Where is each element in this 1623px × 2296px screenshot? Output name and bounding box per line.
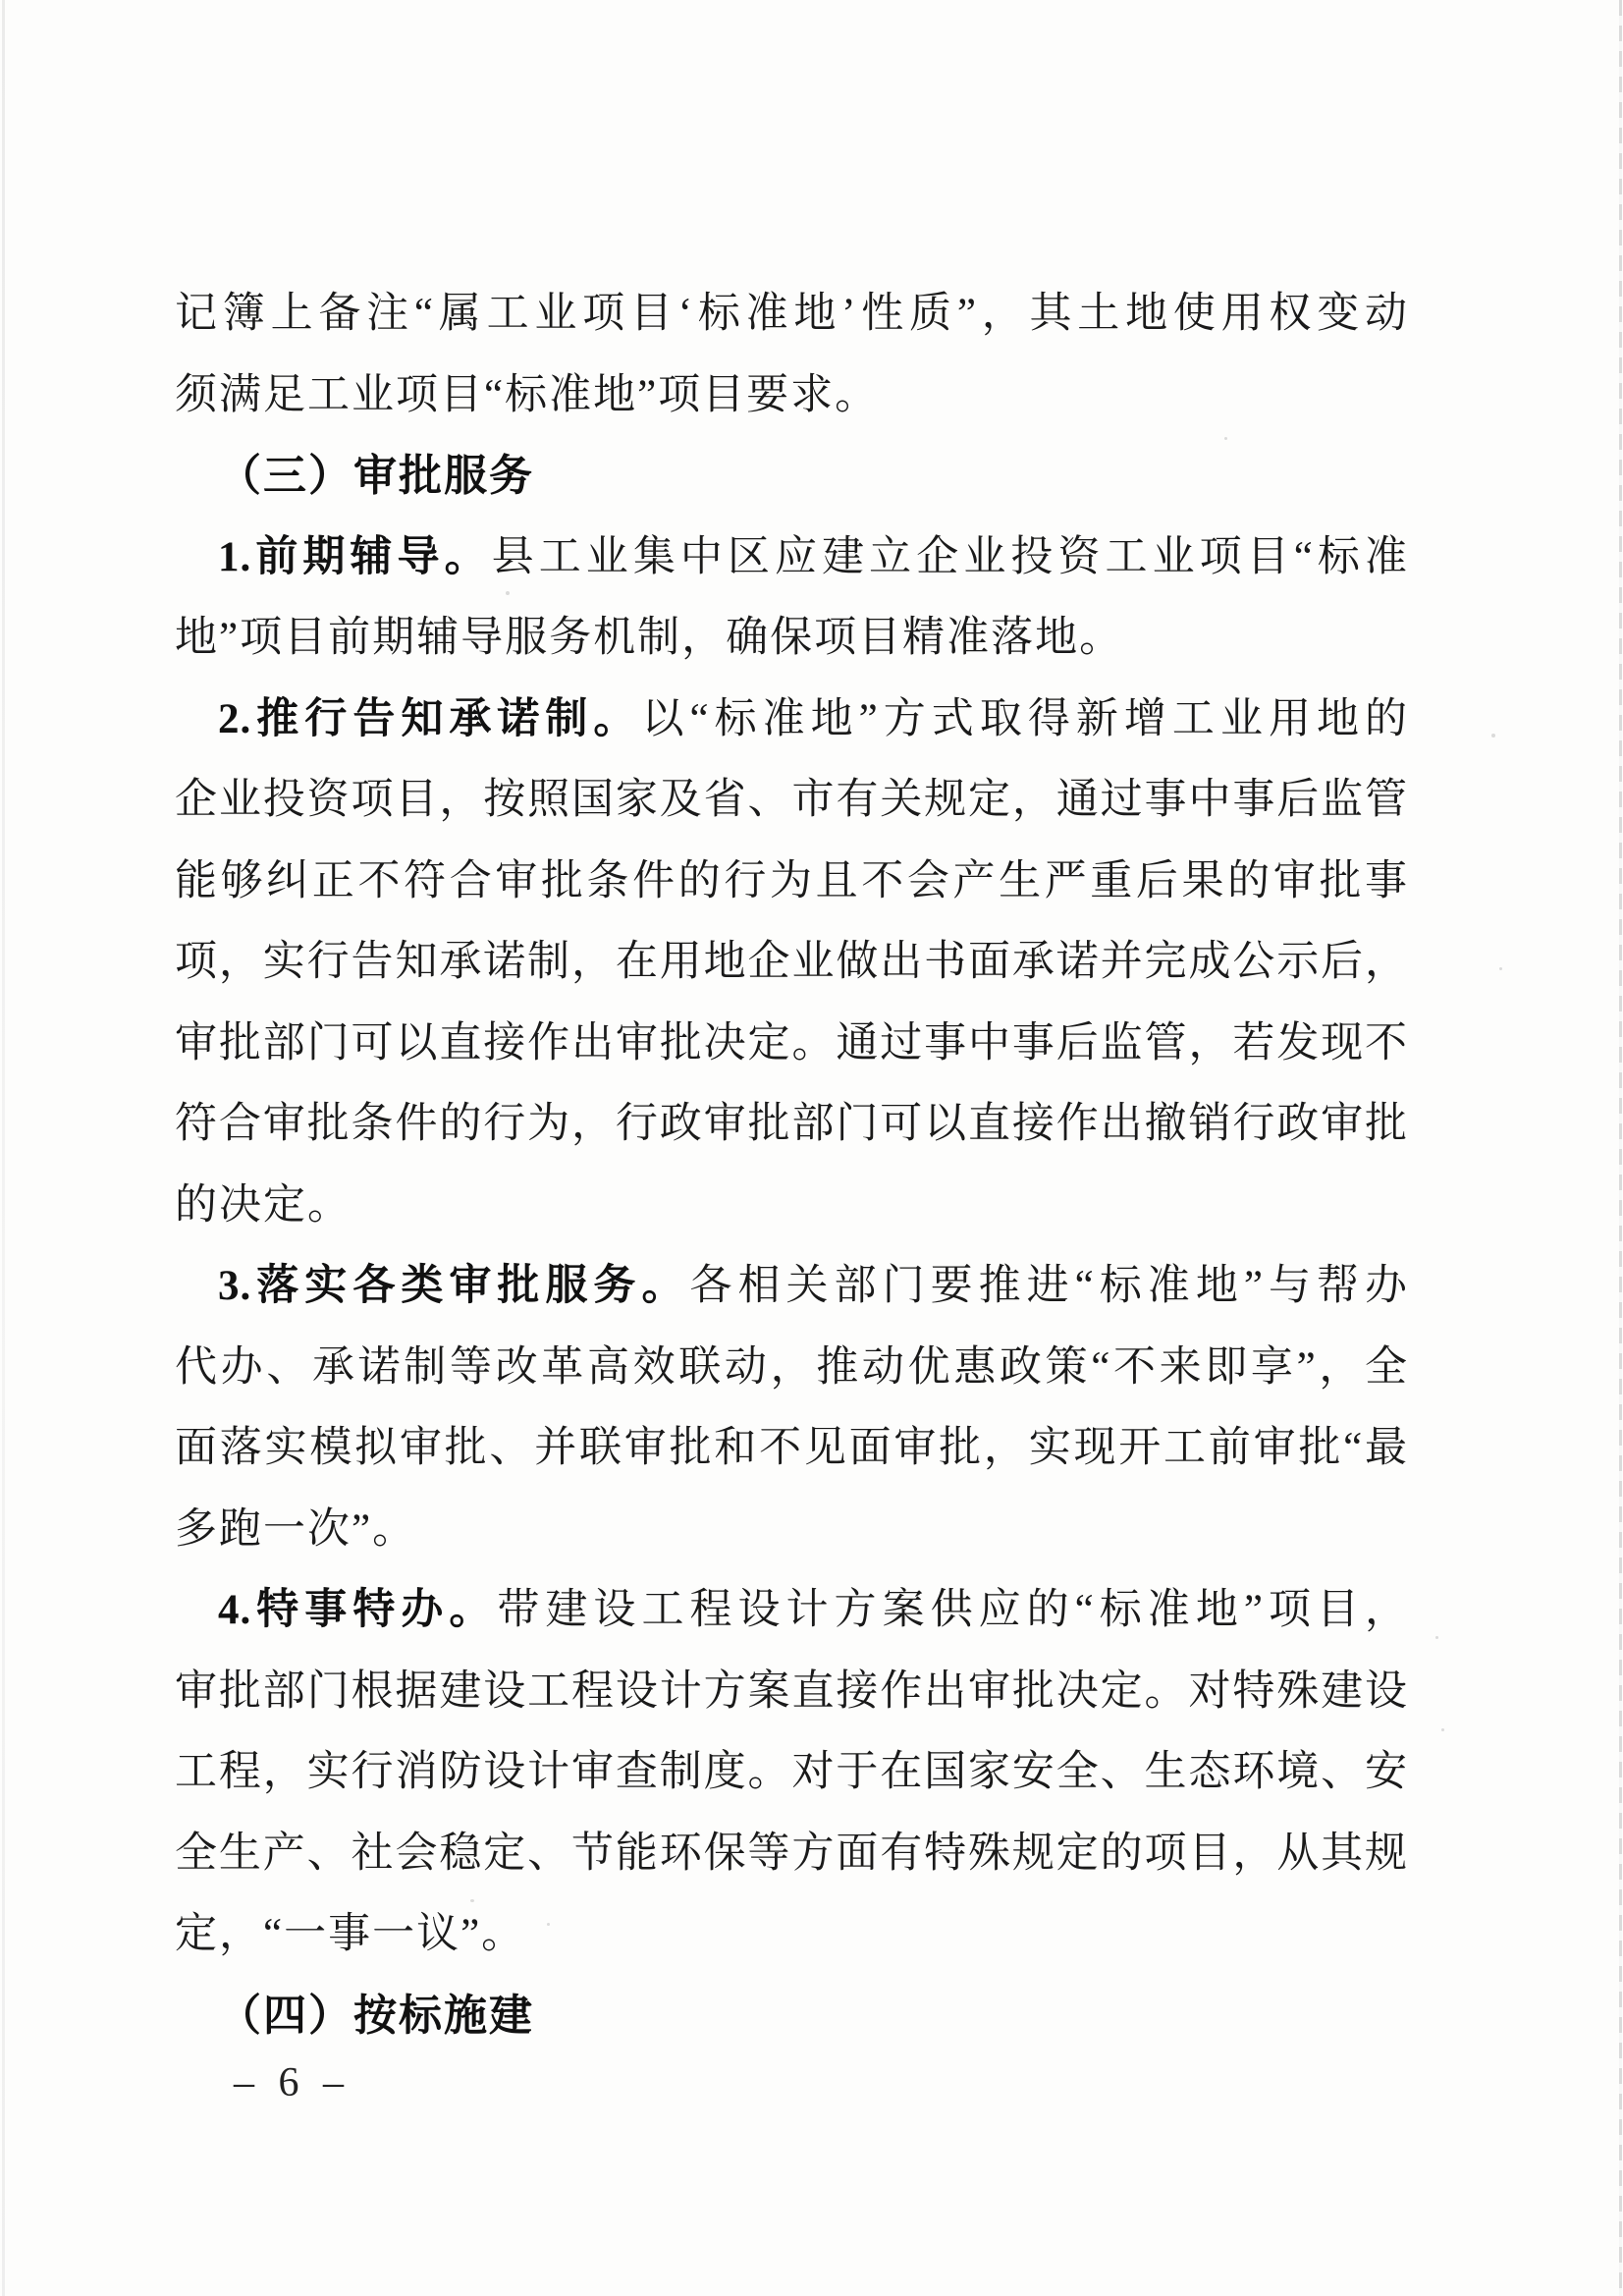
scan-speck [1435, 1636, 1438, 1639]
paragraph-lead: 4.特事特办。 [218, 1587, 497, 1633]
scan-speck [506, 591, 510, 595]
paragraph-line: 3.落实各类审批服务。各相关部门要推进“标准地”与帮办 [175, 1246, 1408, 1328]
paragraph-line: 全生产、社会稳定、节能环保等方面有特殊规定的项目，从其规 [175, 1814, 1408, 1895]
paragraph-lead: 3.落实各类审批服务。 [218, 1263, 689, 1309]
scan-edge-right [1619, 0, 1622, 2296]
paragraph-line: 面落实模拟审批、并联审批和不见面审批，实现开工前审批“最 [175, 1408, 1408, 1490]
paragraph-lead: 2.推行告知承诺制。 [218, 696, 641, 742]
scan-speck [470, 1899, 474, 1902]
paragraph-line: 项，实行告知承诺制，在用地企业做出书面承诺并完成公示后， [175, 922, 1408, 1004]
scan-speck [547, 1923, 550, 1926]
paragraph-line: 1.前期辅导。县工业集中区应建立企业投资工业项目“标准 [175, 518, 1408, 599]
paragraph-line: 记簿上备注“属工业项目‘标准地’性质”，其土地使用权变动 [175, 274, 1408, 355]
paragraph-line: 2.推行告知承诺制。以“标准地”方式取得新增工业用地的 [175, 680, 1408, 761]
paragraph-line: 工程，实行消防设计审查制度。对于在国家安全、生态环境、安 [175, 1732, 1408, 1814]
paragraph-line: 4.特事特办。带建设工程设计方案供应的“标准地”项目， [175, 1570, 1408, 1652]
scan-speck [1499, 967, 1502, 970]
paragraph-line: 定，“一事一议”。 [175, 1894, 1408, 1976]
paragraph-line: 的决定。 [175, 1166, 1408, 1247]
paragraph-text: 以“标准地”方式取得新增工业用地的 [641, 696, 1408, 742]
paragraph-line: 须满足工业项目“标准地”项目要求。 [175, 355, 1408, 437]
paragraph-text: 各相关部门要推进“标准地”与帮办 [689, 1263, 1408, 1309]
paragraph-lead: 1.前期辅导。 [218, 534, 492, 580]
scan-edge-left [2, 0, 5, 2296]
document-body: 记簿上备注“属工业项目‘标准地’性质”，其土地使用权变动 须满足工业项目“标准地… [175, 274, 1408, 2056]
paragraph-line: 符合审批条件的行为，行政审批部门可以直接作出撤销行政审批 [175, 1084, 1408, 1166]
paragraph-line: 多跑一次”。 [175, 1490, 1408, 1571]
section-heading-4: （四）按标施建 [175, 1976, 1408, 2057]
scan-speck [1441, 1728, 1444, 1731]
paragraph-line: 审批部门可以直接作出审批决定。通过事中事后监管，若发现不 [175, 1004, 1408, 1085]
paragraph-line: 能够纠正不符合审批条件的行为且不会产生严重后果的审批事 [175, 842, 1408, 923]
paragraph-text: 带建设工程设计方案供应的“标准地”项目， [497, 1587, 1408, 1633]
page-number: – 6 – [234, 2059, 351, 2106]
section-heading-3: （三）审批服务 [175, 436, 1408, 518]
paragraph-line: 审批部门根据建设工程设计方案直接作出审批决定。对特殊建设 [175, 1652, 1408, 1733]
scan-speck [1491, 734, 1495, 738]
paragraph-line: 地”项目前期辅导服务机制，确保项目精准落地。 [175, 598, 1408, 680]
scan-speck [1224, 437, 1227, 440]
paragraph-line: 企业投资项目，按照国家及省、市有关规定，通过事中事后监管 [175, 760, 1408, 842]
paragraph-line: 代办、承诺制等改革高效联动，推动优惠政策“不来即享”，全 [175, 1328, 1408, 1409]
paragraph-text: 县工业集中区应建立企业投资工业项目“标准 [492, 534, 1408, 580]
scanned-document-page: 记簿上备注“属工业项目‘标准地’性质”，其土地使用权变动 须满足工业项目“标准地… [0, 0, 1623, 2296]
